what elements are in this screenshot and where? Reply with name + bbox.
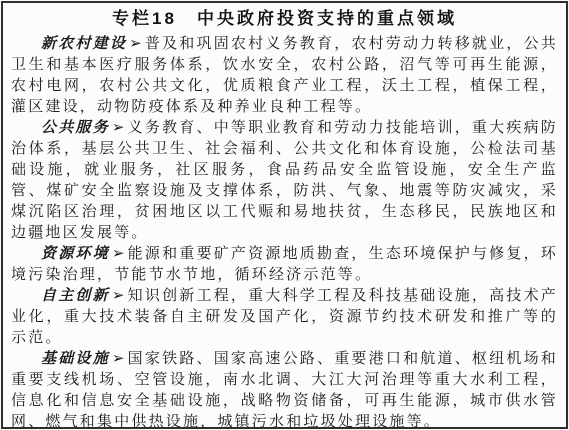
paragraph-lead: 基础设施: [41, 350, 110, 367]
paragraph-resources-environment: 资源环境➢能源和重要矿产资源地质勘查，生态环境保护与修复，环境污染治理，节能节水…: [11, 243, 558, 285]
paragraph-text: 义务教育、中等职业教育和劳动力技能培训，重大疾病防治体系，基层公共卫生、社会福利…: [11, 119, 558, 241]
paragraph-lead: 公共服务: [41, 119, 110, 136]
paragraph-independent-innovation: 自主创新➢知识创新工程，重大科学工程及科技基础设施，高技术产业化，重大技术装备自…: [11, 285, 558, 348]
document-page: 专栏18 中央政府投资支持的重点领域 新农村建设➢普及和巩固农村义务教育，农村劳…: [0, 0, 569, 430]
paragraph-lead: 自主创新: [41, 287, 110, 304]
paragraph-lead: 新农村建设: [41, 35, 127, 52]
arrowhead-icon: ➢: [112, 119, 127, 136]
paragraph-infrastructure: 基础设施➢国家铁路、国家高速公路、重要港口和航道、枢纽机场和重要支线机场、空管设…: [11, 348, 558, 429]
highlight-box: 专栏18 中央政府投资支持的重点领域 新农村建设➢普及和巩固农村义务教育，农村劳…: [1, 1, 568, 429]
box-title: 专栏18 中央政府投资支持的重点领域: [11, 7, 558, 31]
arrowhead-icon: ➢: [112, 287, 127, 304]
arrowhead-icon: ➢: [112, 245, 127, 262]
paragraph-public-services: 公共服务➢义务教育、中等职业教育和劳动力技能培训，重大疾病防治体系，基层公共卫生…: [11, 117, 558, 243]
arrowhead-icon: ➢: [129, 35, 144, 52]
paragraph-rural-development: 新农村建设➢普及和巩固农村义务教育，农村劳动力转移就业，公共卫生和基本医疗服务体…: [11, 33, 558, 117]
arrowhead-icon: ➢: [112, 350, 127, 367]
paragraph-lead: 资源环境: [41, 245, 110, 262]
